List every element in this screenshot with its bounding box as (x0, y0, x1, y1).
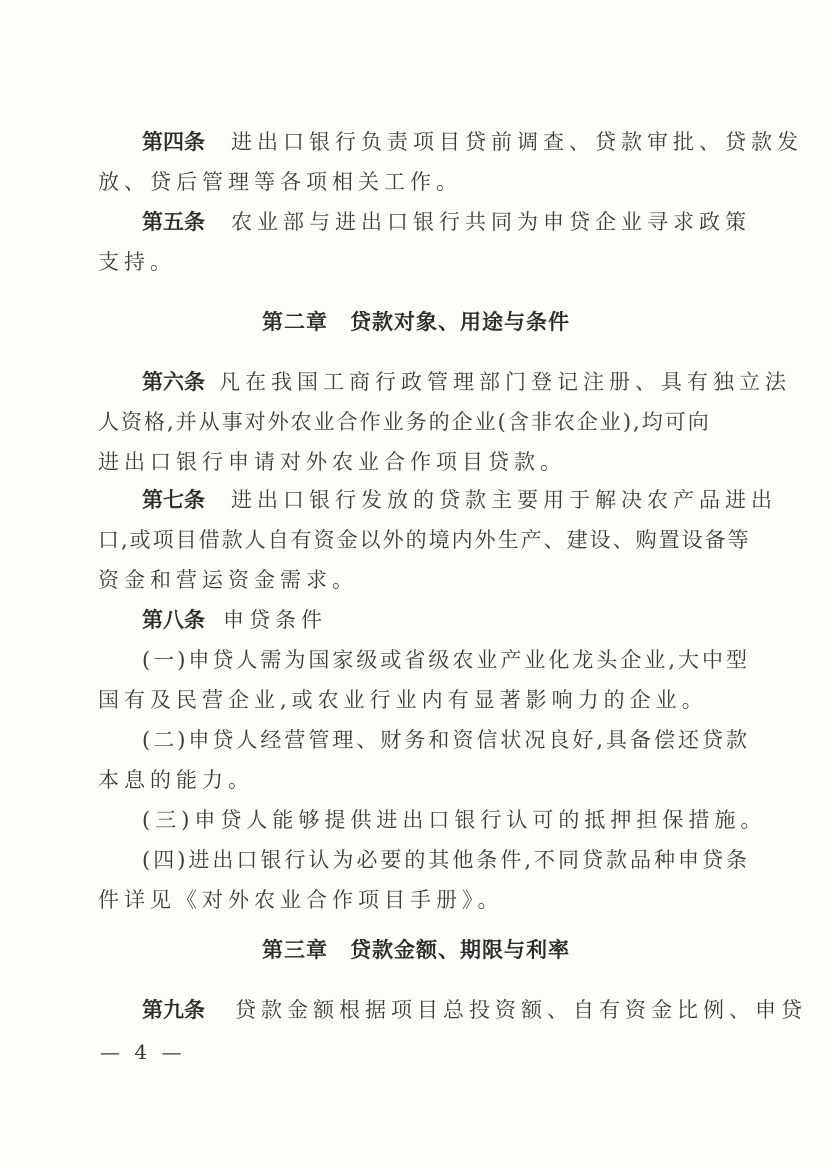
article-5-line-2: 支持。 (98, 248, 710, 276)
article-7-line-3: 资金和营运资金需求。 (98, 566, 710, 594)
article-9-label: 第九条 (142, 998, 205, 1022)
condition-4-line-1: (四)进出口银行认为必要的其他条件,不同贷款品种申贷条 (142, 846, 710, 874)
article-5-label: 第五条 (142, 210, 205, 234)
article-7-label: 第七条 (142, 488, 205, 512)
article-7-line-1: 第七条进出口银行发放的贷款主要用于解决农产品进出 (142, 486, 710, 514)
condition-3-line-1: (三)申贷人能够提供进出口银行认可的抵押担保措施。 (142, 806, 710, 834)
condition-1-line-1: (一)申贷人需为国家级或省级农业产业化龙头企业,大中型 (142, 646, 710, 674)
article-7-line-2: 口,或项目借款人自有资金以外的境内外生产、建设、购置设备等 (98, 526, 710, 554)
article-8-line-1: 第八条申贷条件 (142, 606, 710, 634)
article-6-line-3: 进出口银行申请对外农业合作项目贷款。 (98, 448, 710, 476)
page-number: — 4 — (100, 1040, 185, 1064)
article-4-line-1: 第四条进出口银行负责项目贷前调查、贷款审批、贷款发 (142, 128, 710, 156)
condition-4-line-2: 件详见《对外农业合作项目手册》。 (98, 886, 710, 914)
chapter-2-heading: 第二章贷款对象、用途与条件 (0, 308, 832, 336)
article-6-line-1: 第六条凡在我国工商行政管理部门登记注册、具有独立法 (142, 368, 710, 396)
condition-2-line-1: (二)申贷人经营管理、财务和资信状况良好,具备偿还贷款 (142, 726, 710, 754)
article-6-label: 第六条 (142, 370, 205, 394)
chapter-3-heading: 第三章贷款金额、期限与利率 (0, 936, 832, 964)
condition-1-line-2: 国有及民营企业,或农业行业内有显著影响力的企业。 (98, 686, 710, 714)
condition-2-line-2: 本息的能力。 (98, 766, 710, 794)
article-8-label: 第八条 (142, 608, 205, 632)
document-page: 第四条进出口银行负责项目贷前调查、贷款审批、贷款发 放、贷后管理等各项相关工作。… (0, 0, 832, 1168)
article-4-line-2: 放、贷后管理等各项相关工作。 (98, 168, 710, 196)
article-5-line-1: 第五条农业部与进出口银行共同为申贷企业寻求政策 (142, 208, 710, 236)
article-6-line-2: 人资格,并从事对外农业合作业务的企业(含非农企业),均可向 (98, 408, 710, 436)
article-4-label: 第四条 (142, 130, 205, 154)
article-9-line-1: 第九条贷款金额根据项目总投资额、自有资金比例、申贷 (142, 996, 710, 1024)
